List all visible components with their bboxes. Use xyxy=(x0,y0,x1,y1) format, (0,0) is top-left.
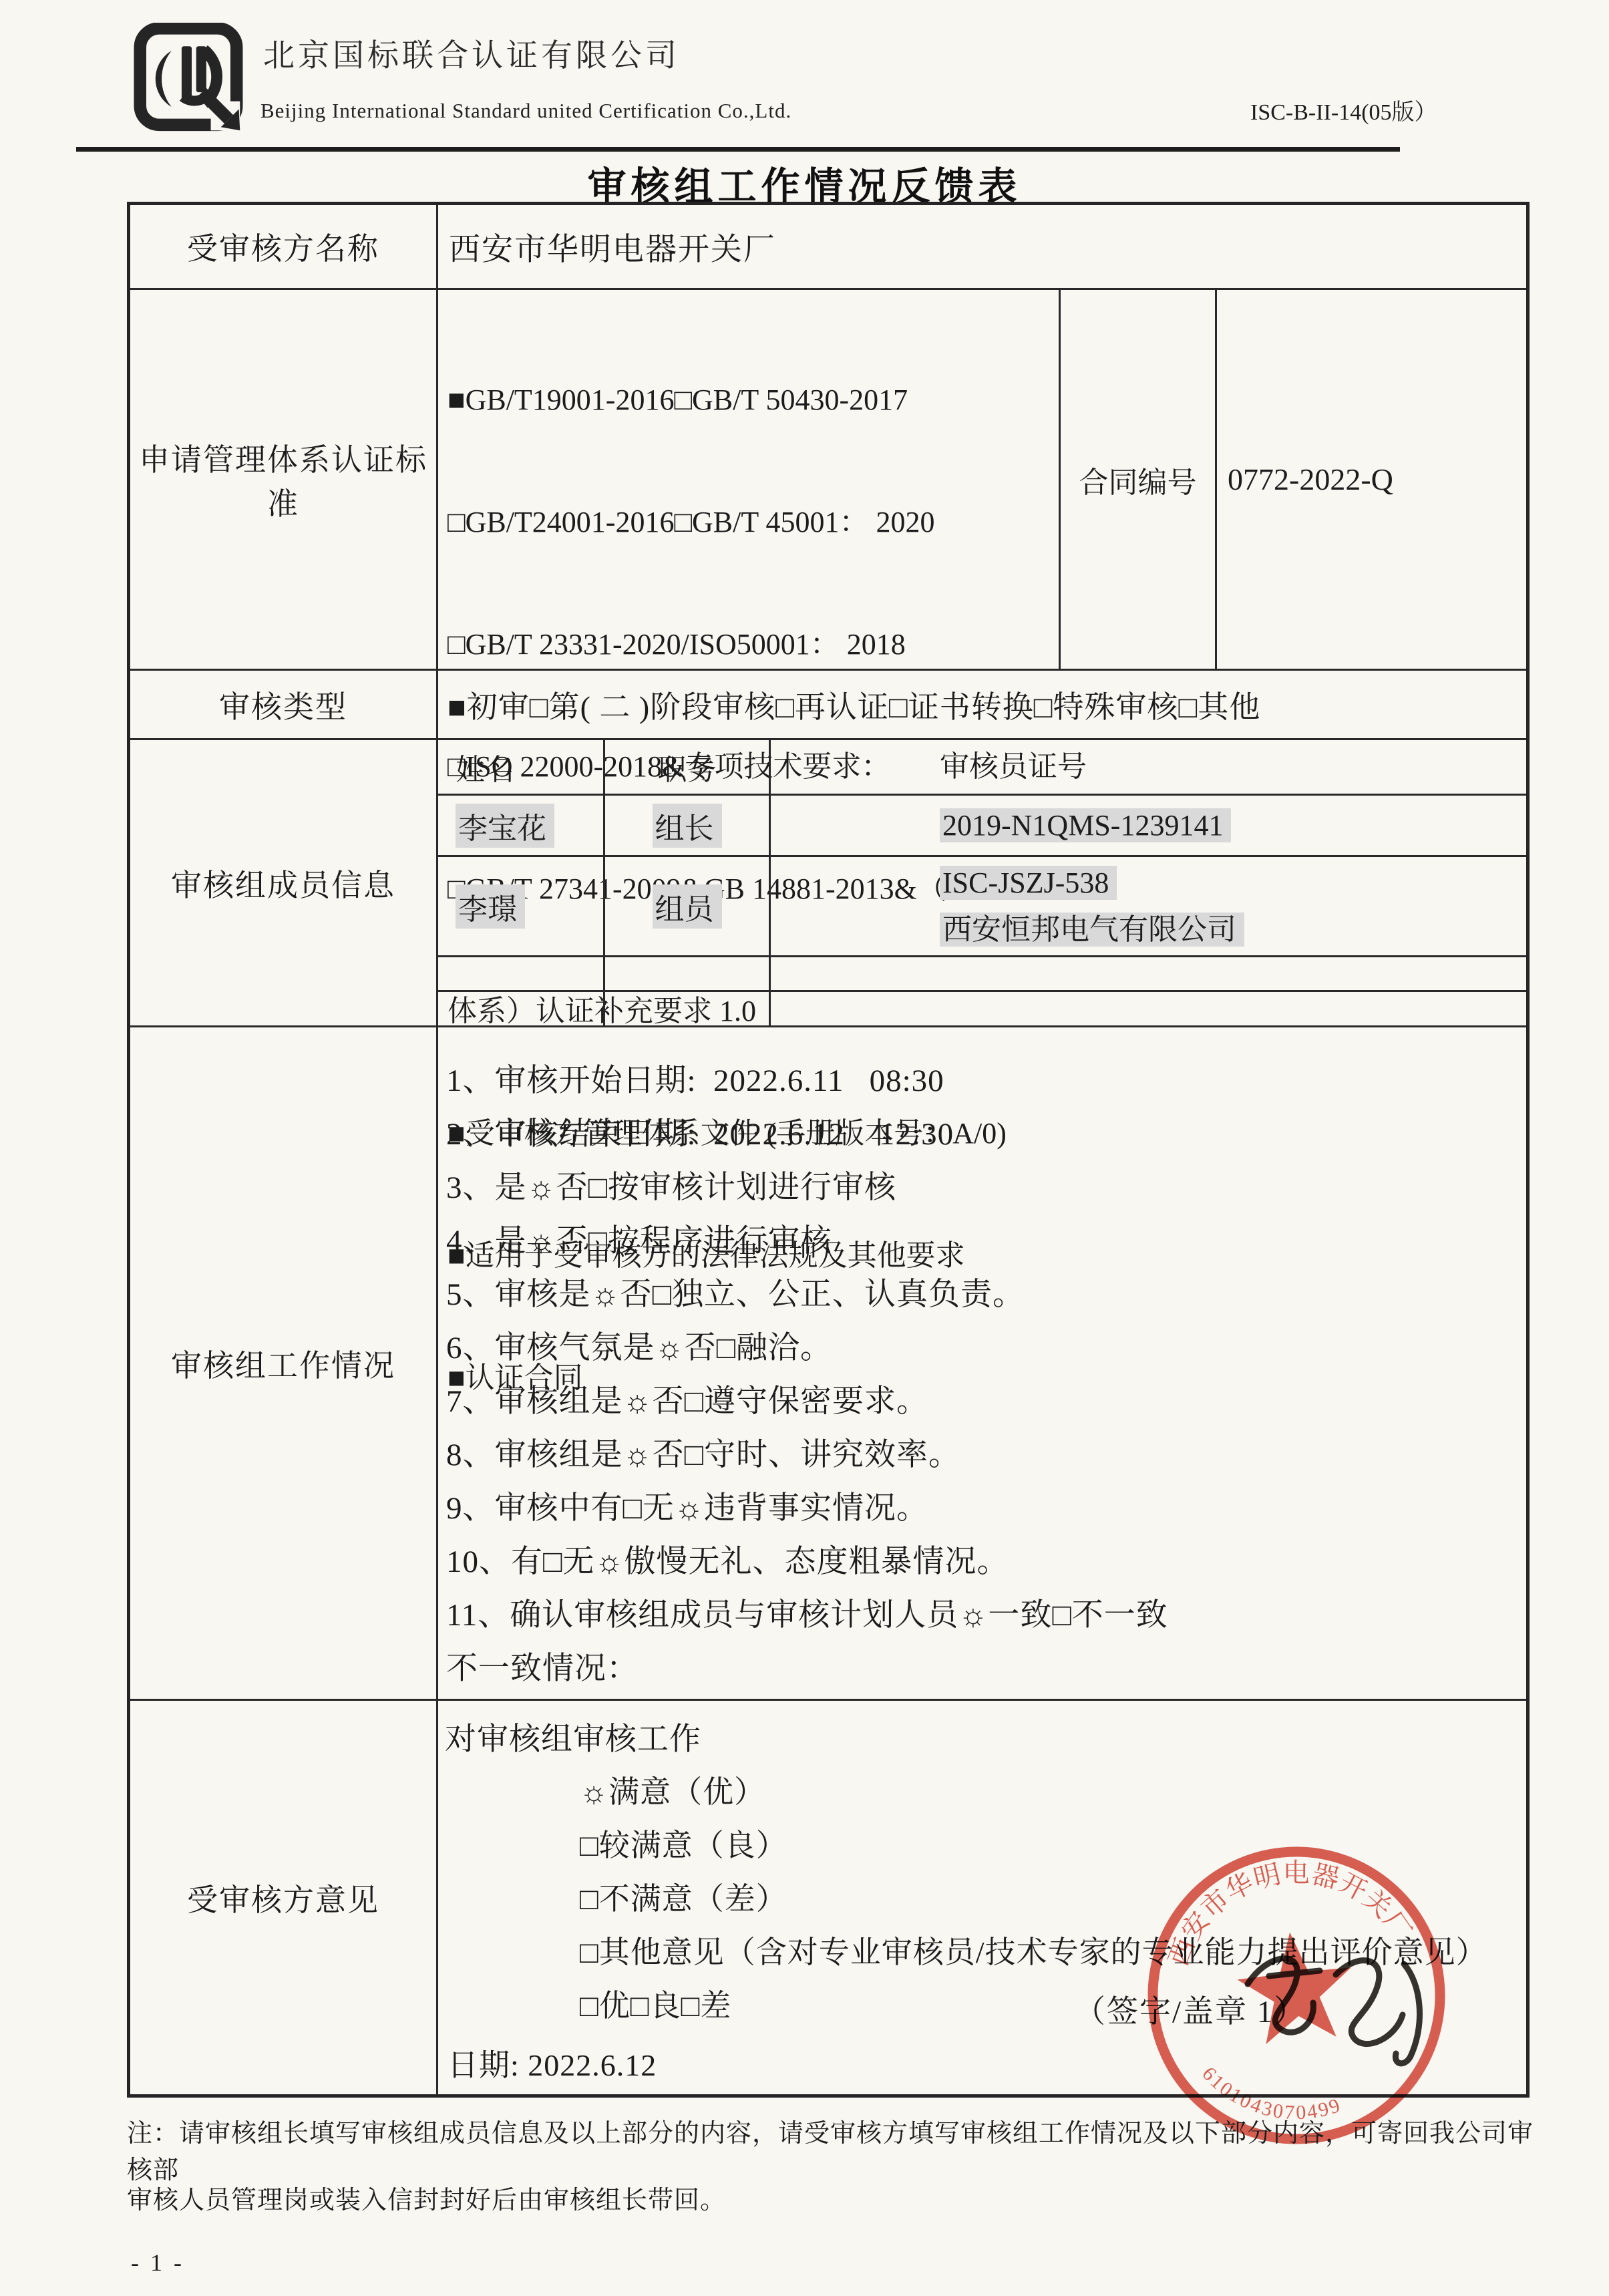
member-name-text: 李宝花 xyxy=(456,804,554,848)
empty-cell xyxy=(769,957,1526,990)
team-header-cert-text: 审核员证号 xyxy=(940,744,1087,790)
standard-line: □GB/T 23331-2020/ISO50001： 2018 xyxy=(448,624,1059,665)
empty-cell xyxy=(603,992,769,1025)
team-empty-row xyxy=(438,955,1526,990)
work-line: 8、审核组是☼否□守时、讲究效率。 xyxy=(446,1428,1526,1482)
member-cert-text: 2019-N1QMS-1239141 xyxy=(940,808,1231,842)
member-org-text: 西安恒邦电气有限公司 xyxy=(940,913,1244,947)
scanned-form-page: 北京国标联合认证有限公司 Beijing International Stand… xyxy=(0,0,1609,2296)
work-line: 4、是☼否□按程序进行审核 xyxy=(446,1214,1526,1268)
team-label: 审核组成员信息 xyxy=(130,740,436,1025)
standards-checklist: ■GB/T19001-2016□GB/T 50430-2017 □GB/T240… xyxy=(438,290,1059,669)
standards-content: ■GB/T19001-2016□GB/T 50430-2017 □GB/T240… xyxy=(436,290,1526,669)
work-line: 1、审核开始日期: 2022.6.11 08:30 xyxy=(446,1054,1526,1108)
member-name: 李宝花 xyxy=(438,796,603,855)
work-line: 3、是☼否□按审核计划进行审核 xyxy=(446,1161,1526,1214)
work-line: 9、审核中有□无☼违背事实情况。 xyxy=(446,1482,1526,1535)
team-header-role: 职务 xyxy=(603,740,769,794)
work-status-list: 1、审核开始日期: 2022.6.11 08:30 2、审核结束日期: 2022… xyxy=(436,1027,1526,1699)
footer-note-line2: 审核人员管理岗或装入信封封好后由审核组长带回。 xyxy=(127,2179,726,2216)
audit-type-value: ■初审□第( 二 )阶段审核□再认证□证书转换□特殊审核□其他 xyxy=(436,671,1526,738)
opinion-date: 日期: 2022.6.12 xyxy=(448,2041,657,2085)
team-table: 姓名 职务 审核员证号 李宝花 组长 2019-N1QMS-1239141 李璟… xyxy=(436,740,1526,1025)
empty-cell xyxy=(438,992,603,1025)
empty-cell xyxy=(769,992,1526,1025)
member-cert-text: ISC-JSZJ-538 xyxy=(940,866,1117,900)
team-row: 审核组成员信息 姓名 职务 审核员证号 李宝花 组长 2019-N1QMS-12… xyxy=(130,738,1526,1025)
audit-type-label: 审核类型 xyxy=(130,671,436,738)
auditee-label: 受审核方名称 xyxy=(130,205,436,288)
standards-row: 申请管理体系认证标准 ■GB/T19001-2016□GB/T 50430-20… xyxy=(130,288,1526,669)
member-cert: 2019-N1QMS-1239141 xyxy=(769,796,1526,855)
contract-number-value: 0772-2022-Q xyxy=(1215,290,1526,669)
member-role: 组员 xyxy=(603,857,769,955)
member-cert: ISC-JSZJ-538 西安恒邦电气有限公司 xyxy=(769,857,1526,955)
team-header-row: 姓名 职务 审核员证号 xyxy=(438,740,1526,794)
standard-line: □GB/T24001-2016□GB/T 45001： 2020 xyxy=(448,502,1059,542)
page-number: - 1 - xyxy=(131,2249,184,2277)
member-name-text: 李璟 xyxy=(456,884,525,929)
member-role-text: 组员 xyxy=(653,884,722,929)
handwritten-signature xyxy=(1234,1936,1441,2076)
audit-type-row: 审核类型 ■初审□第( 二 )阶段审核□再认证□证书转换□特殊审核□其他 xyxy=(130,669,1526,738)
auditee-row: 受审核方名称 西安市华明电器开关厂 xyxy=(130,205,1526,288)
feedback-form-table: 受审核方名称 西安市华明电器开关厂 申请管理体系认证标准 ■GB/T19001-… xyxy=(127,202,1530,2098)
team-member-row: 李宝花 组长 2019-N1QMS-1239141 xyxy=(438,794,1526,855)
company-logo xyxy=(131,23,246,135)
team-header-cert: 审核员证号 xyxy=(769,740,1526,794)
work-line: 5、审核是☼否□独立、公正、认真负责。 xyxy=(446,1268,1526,1321)
company-name-en: Beijing International Standard united Ce… xyxy=(260,99,791,123)
standards-label: 申请管理体系认证标准 xyxy=(130,290,436,669)
header-divider xyxy=(76,147,1400,152)
member-role: 组长 xyxy=(603,796,769,855)
empty-cell xyxy=(603,957,769,990)
contract-number-label: 合同编号 xyxy=(1059,290,1215,669)
standard-line: ■GB/T19001-2016□GB/T 50430-2017 xyxy=(448,379,1059,420)
empty-cell xyxy=(438,957,603,990)
member-role-text: 组长 xyxy=(653,804,722,848)
auditee-name: 西安市华明电器开关厂 xyxy=(436,205,1526,288)
company-name-cn: 北京国标联合认证有限公司 xyxy=(263,31,680,75)
work-status-label: 审核组工作情况 xyxy=(130,1027,436,1699)
work-line: 2、审核结束日期: 2022.6.12 12:30 xyxy=(446,1108,1526,1161)
work-status-row: 审核组工作情况 1、审核开始日期: 2022.6.11 08:30 2、审核结束… xyxy=(130,1025,1526,1699)
team-empty-row xyxy=(438,990,1526,1025)
opinion-label: 受审核方意见 xyxy=(130,1701,436,2094)
work-line: 11、确认审核组成员与审核计划人员☼一致□不一致 xyxy=(446,1589,1526,1642)
member-name: 李璟 xyxy=(438,857,603,955)
footer-note-line1: 注：请审核组长填写审核组成员信息及以上部分的内容，请受审核方填写审核组工作情况及… xyxy=(127,2112,1550,2186)
work-line: 10、有□无☼傲慢无礼、态度粗暴情况。 xyxy=(446,1535,1526,1589)
work-line: 7、审核组是☼否□遵守保密要求。 xyxy=(446,1375,1526,1428)
work-line: 6、审核气氛是☼否□融洽。 xyxy=(446,1321,1526,1375)
opinion-heading: 对审核组审核工作 xyxy=(445,1714,1526,1759)
team-header-name: 姓名 xyxy=(438,740,603,794)
work-line: 不一致情况： xyxy=(446,1642,1526,1695)
opinion-option: ☼满意（优） xyxy=(580,1766,1526,1819)
form-number: ISC-B-II-14(05版） xyxy=(1250,94,1437,126)
team-member-row: 李璟 组员 ISC-JSZJ-538 西安恒邦电气有限公司 xyxy=(438,855,1526,955)
